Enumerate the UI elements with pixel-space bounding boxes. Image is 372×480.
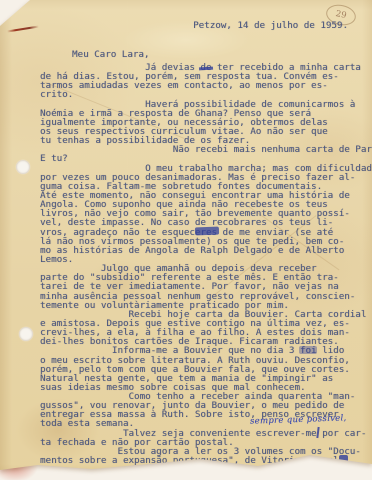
letter-line: Não recebi mais nenhuma carta de Paris. [40, 145, 372, 154]
letter-line: tarmos amiudadas vezes em contacto, ao m… [40, 81, 372, 90]
letter-page: 29 Petzow, 14 de julho de 1959. Meu Caro… [0, 0, 372, 480]
letter-line: mentos sobre a expansão portuguesa", de … [40, 456, 372, 465]
letter-line: mo as histórias de Angola de Ralph Delga… [40, 246, 372, 255]
salutation: Meu Caro Lara, [72, 49, 149, 60]
hole-punch-top [16, 160, 30, 174]
letter-scan: 29 Petzow, 14 de julho de 1959. Meu Caro… [0, 0, 372, 480]
hole-punch-bottom [19, 327, 33, 341]
letter-body: Já devias de ter recebido a minha cartad… [40, 63, 372, 465]
dateline: Petzow, 14 de julho de 1959. [193, 20, 348, 31]
red-scratch-mark [7, 26, 39, 33]
